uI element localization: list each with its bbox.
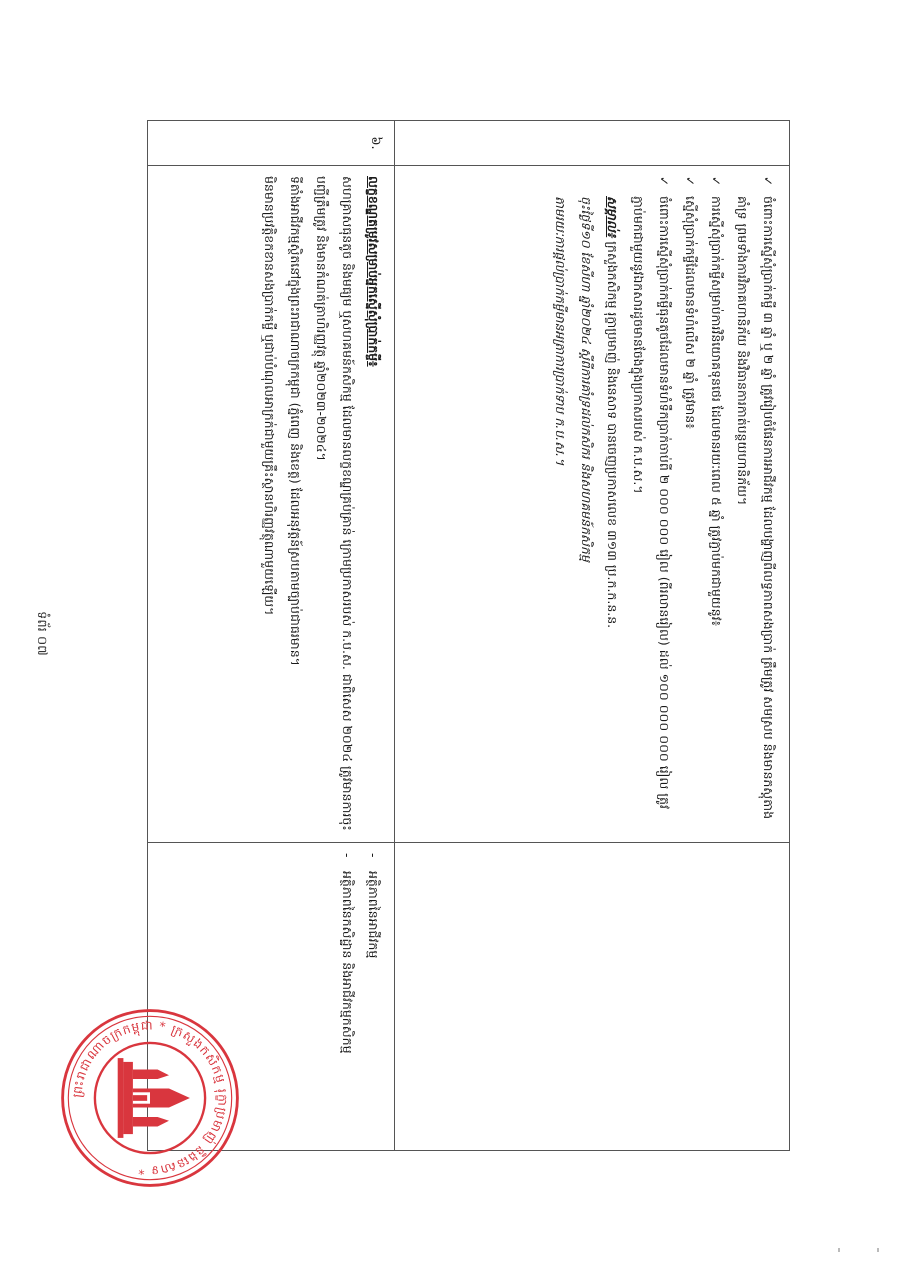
checkmark-icon: ✓	[729, 176, 781, 190]
bullet-item: ✓ ចំពោះការស្នើសុំប្រាក់កម្ចី ៣ ឆ្នាំ ឬ ២…	[729, 176, 781, 832]
checkmark-icon: ✓	[625, 176, 677, 190]
section-heading: លក្ខខណ្ឌតម្រូវសម្រាប់អ្នកស្នើសុំប្រាក់កម…	[360, 176, 386, 832]
number-cell	[395, 121, 790, 166]
page-number: ទំព័រ ០៧	[28, 568, 52, 698]
content-cell: លក្ខខណ្ឌតម្រូវសម្រាប់អ្នកស្នើសុំប្រាក់កម…	[148, 166, 395, 843]
table-row: ✓ ចំពោះការស្នើសុំប្រាក់កម្ចី ៣ ឆ្នាំ ឬ ២…	[395, 121, 790, 1151]
paragraph: សហគ្រាសធុនតូច និងមធ្យម ឬសហគមន៍កសិកម្ម ដែ…	[308, 176, 360, 832]
requirements-table: ✓ ចំពោះការស្នើសុំប្រាក់កម្ចី ៣ ឆ្នាំ ឬ ២…	[147, 120, 790, 1151]
note-text: ក្រសួងកសិកម្ម រុក្ខាប្រមាញ់ និងនេសាទ បាន…	[605, 241, 620, 628]
paragraph: មិនមានប្រវត្តិខកខានសងប្រាក់កម្ចី ឬជាប់បំ…	[256, 176, 282, 832]
checkmark-icon: ✓	[677, 176, 703, 190]
category-item: - អត្ថិភាពនៃកសិដ្ឋាន និងអាជីវកម្មកសិកម្ម	[334, 853, 360, 1140]
official-seal-stamp: ព្រះរាជាណាចក្រកម្ពុជា * ក្រសួងកសិកម្ម រុ…	[55, 1003, 245, 1193]
note-italic-line: ចុះថ្ងៃទី១០ ខែសីហា ឆ្នាំ២០២៤ ស្តីពីការគា…	[573, 196, 599, 832]
category-cell	[395, 843, 790, 1151]
seal-icon: ព្រះរាជាណាចក្រកម្ពុជា * ក្រសួងកសិកម្ម រុ…	[55, 1003, 245, 1193]
number-cell: ៦.	[148, 121, 395, 166]
paragraph: ទីតាំងអាជីវកម្មស្ថិតនៅក្នុងព្រះរាជាណាចក្…	[282, 176, 308, 832]
bullet-item: ✓ ស្នើសុំប្រាក់កម្ចីដែលមានទំហំលើស ២ ឆ្នា…	[677, 176, 703, 832]
row-number: ៦.	[365, 121, 394, 165]
checkmark-icon: ✓	[703, 176, 729, 190]
bullet-item: ✓ ចំពោះការស្នើសុំប្រាក់កម្ចីធុនតូចដែលមាន…	[625, 176, 677, 832]
bullet-item: ✓ ការស្នើសុំប្រាក់កម្ចីសម្រាប់ការវិនិយោគ…	[703, 176, 729, 832]
document-sheet: ✓ ចំពោះការស្នើសុំប្រាក់កម្ចី ៣ ឆ្នាំ ឬ ២…	[148, 120, 790, 1150]
page-number-text: ទំព័រ ០៧	[31, 611, 50, 656]
content-cell: ✓ ចំពោះការស្នើសុំប្រាក់កម្ចី ៣ ឆ្នាំ ឬ ២…	[395, 166, 790, 843]
note-italic-line: តាមរយៈការផ្តល់ប្រាក់កម្ចីមានអត្រាការប្រា…	[547, 196, 573, 832]
table-row: ៦. លក្ខខណ្ឌតម្រូវសម្រាប់អ្នកស្នើសុំប្រាក…	[148, 121, 395, 1151]
note-label: សម្គាល់៖	[605, 196, 620, 237]
category-item: - អត្ថិភាពនៃអាជីវកម្ម	[360, 853, 386, 1140]
note-block: សម្គាល់៖ ក្រសួងកសិកម្ម រុក្ខាប្រមាញ់ និង…	[547, 176, 625, 832]
